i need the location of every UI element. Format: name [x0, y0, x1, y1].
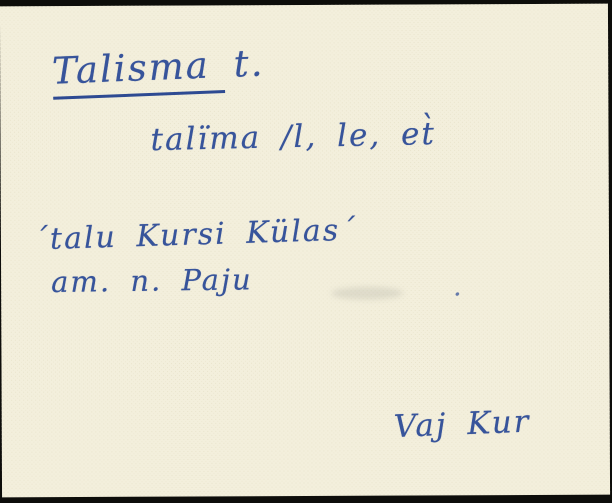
headword-abbreviation: t.: [233, 41, 265, 85]
collector-parish-mark: Vaj Kur: [393, 404, 531, 445]
location-note-line-2: am. n. Paju: [51, 262, 253, 299]
index-card: Talismat. talïma /l, le, et̀ ´talu Kursi…: [0, 4, 610, 498]
erased-pencil-smudge: [331, 287, 403, 300]
location-note-line-1: ´talu Kursi Külas´: [32, 213, 357, 258]
headword-line: Talismat.: [51, 41, 265, 99]
phonetic-transcription-line: talïma /l, le, et̀: [150, 116, 436, 158]
stray-period-mark: .: [453, 272, 463, 302]
scanned-image: Talismat. talïma /l, le, et̀ ´talu Kursi…: [0, 0, 612, 503]
headword-underlined: Talisma: [51, 43, 225, 100]
